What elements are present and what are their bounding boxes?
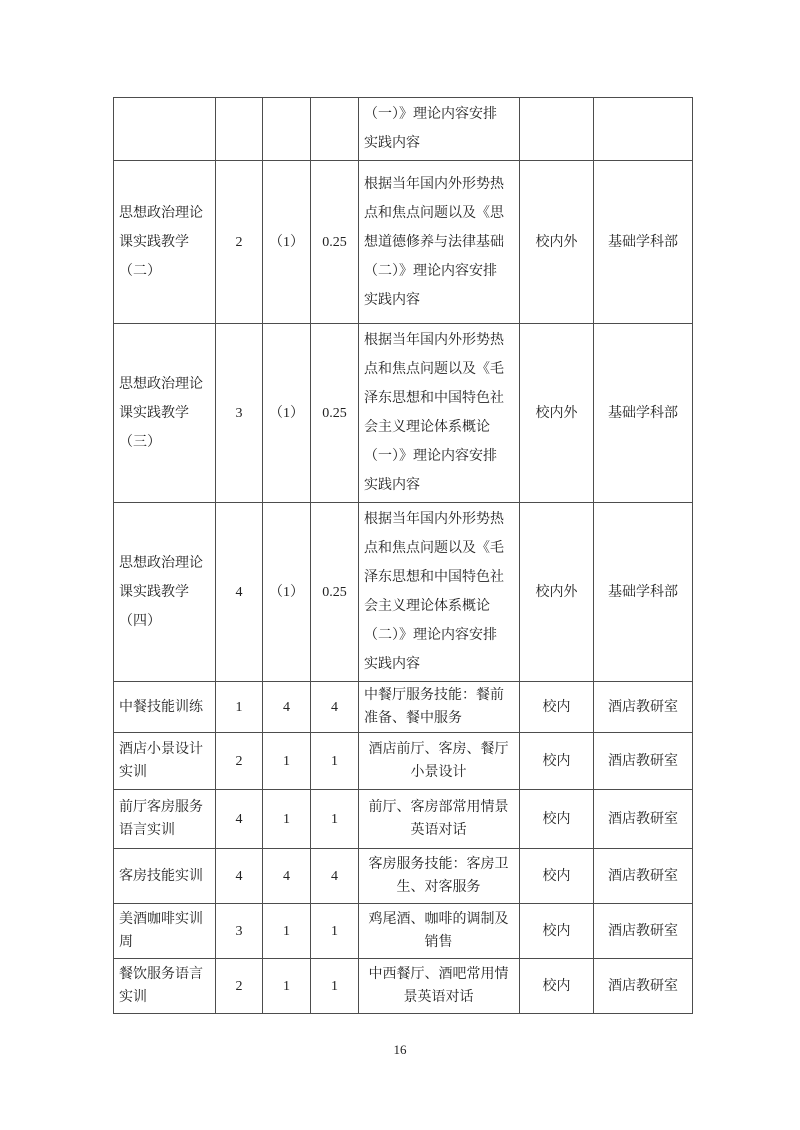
table-cell-col4: 1	[311, 904, 359, 959]
table-row: 思想政治理论 课实践教学 （三）3（1）0.25根据当年国内外形势热 点和焦点问…	[114, 324, 693, 503]
table-cell-col6: 校内	[520, 733, 594, 790]
table-cell-col6: 校内	[520, 959, 594, 1014]
table-cell-col4: 4	[311, 682, 359, 733]
table-cell-col7: 酒店教研室	[594, 849, 693, 904]
table-cell-col4: 1	[311, 959, 359, 1014]
table-cell-col6: 校内	[520, 904, 594, 959]
table-row: 客房技能实训444客房服务技能：客房卫 生、对客服务校内酒店教研室	[114, 849, 693, 904]
table-row: 中餐技能训练144中餐厅服务技能：餐前 准备、餐中服务校内酒店教研室	[114, 682, 693, 733]
table-cell-col5: 根据当年国内外形势热 点和焦点问题以及《思 想道德修养与法律基础 （二）》理论内…	[359, 161, 520, 324]
table-cell-col1: 餐饮服务语言 实训	[114, 959, 216, 1014]
table-cell-col3: 1	[263, 904, 311, 959]
table-row: 前厅客房服务 语言实训411前厅、客房部常用情景 英语对话校内酒店教研室	[114, 790, 693, 849]
table-cell-col3	[263, 98, 311, 161]
table-row: 思想政治理论 课实践教学 （四）4（1）0.25根据当年国内外形势热 点和焦点问…	[114, 503, 693, 682]
table-cell-col4: 1	[311, 790, 359, 849]
table-cell-col6: 校内外	[520, 161, 594, 324]
table-cell-col1: 思想政治理论 课实践教学 （四）	[114, 503, 216, 682]
table-row: （一）》理论内容安排 实践内容	[114, 98, 693, 161]
table-cell-col1	[114, 98, 216, 161]
practice-course-table-body: （一）》理论内容安排 实践内容思想政治理论 课实践教学 （二）2（1）0.25根…	[114, 98, 693, 1014]
table-cell-col3: 1	[263, 790, 311, 849]
table-cell-col2: 3	[216, 904, 263, 959]
table-cell-col7: 酒店教研室	[594, 682, 693, 733]
table-row: 思想政治理论 课实践教学 （二）2（1）0.25根据当年国内外形势热 点和焦点问…	[114, 161, 693, 324]
table-cell-col6: 校内	[520, 682, 594, 733]
table-cell-col1: 前厅客房服务 语言实训	[114, 790, 216, 849]
table-cell-col2: 2	[216, 733, 263, 790]
table-cell-col4: 0.25	[311, 324, 359, 503]
practice-course-table: （一）》理论内容安排 实践内容思想政治理论 课实践教学 （二）2（1）0.25根…	[113, 97, 693, 1014]
table-cell-col5: 中餐厅服务技能：餐前 准备、餐中服务	[359, 682, 520, 733]
table-cell-col7: 基础学科部	[594, 324, 693, 503]
document-page: （一）》理论内容安排 实践内容思想政治理论 课实践教学 （二）2（1）0.25根…	[0, 0, 800, 1130]
table-cell-col5: （一）》理论内容安排 实践内容	[359, 98, 520, 161]
table-cell-col3: （1）	[263, 503, 311, 682]
table-cell-col4: 0.25	[311, 503, 359, 682]
table-cell-col1: 酒店小景设计 实训	[114, 733, 216, 790]
table-cell-col3: （1）	[263, 161, 311, 324]
table-cell-col4: 4	[311, 849, 359, 904]
table-cell-col7: 基础学科部	[594, 161, 693, 324]
table-cell-col7: 酒店教研室	[594, 959, 693, 1014]
table-cell-col1: 客房技能实训	[114, 849, 216, 904]
table-cell-col7: 基础学科部	[594, 503, 693, 682]
table-row: 美酒咖啡实训 周311鸡尾酒、咖啡的调制及 销售校内酒店教研室	[114, 904, 693, 959]
table-cell-col3: 1	[263, 733, 311, 790]
page-number: 16	[0, 1042, 800, 1058]
table-cell-col5: 酒店前厅、客房、餐厅 小景设计	[359, 733, 520, 790]
table-cell-col4	[311, 98, 359, 161]
table-cell-col2: 4	[216, 849, 263, 904]
table-cell-col1: 思想政治理论 课实践教学 （三）	[114, 324, 216, 503]
table-cell-col2: 2	[216, 959, 263, 1014]
table-cell-col7: 酒店教研室	[594, 733, 693, 790]
table-cell-col6: 校内外	[520, 503, 594, 682]
table-cell-col1: 美酒咖啡实训 周	[114, 904, 216, 959]
table-cell-col6: 校内外	[520, 324, 594, 503]
table-cell-col5: 根据当年国内外形势热 点和焦点问题以及《毛 泽东思想和中国特色社 会主义理论体系…	[359, 503, 520, 682]
table-cell-col4: 0.25	[311, 161, 359, 324]
table-cell-col2: 2	[216, 161, 263, 324]
table-cell-col6	[520, 98, 594, 161]
table-cell-col2: 1	[216, 682, 263, 733]
table-cell-col3: （1）	[263, 324, 311, 503]
table-row: 酒店小景设计 实训211酒店前厅、客房、餐厅 小景设计校内酒店教研室	[114, 733, 693, 790]
table-cell-col5: 根据当年国内外形势热 点和焦点问题以及《毛 泽东思想和中国特色社 会主义理论体系…	[359, 324, 520, 503]
table-cell-col4: 1	[311, 733, 359, 790]
table-cell-col6: 校内	[520, 790, 594, 849]
table-cell-col5: 鸡尾酒、咖啡的调制及 销售	[359, 904, 520, 959]
table-cell-col7: 酒店教研室	[594, 904, 693, 959]
table-cell-col5: 客房服务技能：客房卫 生、对客服务	[359, 849, 520, 904]
table-cell-col3: 4	[263, 682, 311, 733]
table-cell-col3: 4	[263, 849, 311, 904]
table-cell-col1: 中餐技能训练	[114, 682, 216, 733]
table-cell-col2: 4	[216, 790, 263, 849]
table-cell-col7	[594, 98, 693, 161]
table-cell-col5: 中西餐厅、酒吧常用情 景英语对话	[359, 959, 520, 1014]
table-cell-col6: 校内	[520, 849, 594, 904]
table-cell-col3: 1	[263, 959, 311, 1014]
table-cell-col7: 酒店教研室	[594, 790, 693, 849]
table-cell-col5: 前厅、客房部常用情景 英语对话	[359, 790, 520, 849]
table-cell-col2	[216, 98, 263, 161]
table-cell-col2: 4	[216, 503, 263, 682]
table-cell-col2: 3	[216, 324, 263, 503]
table-cell-col1: 思想政治理论 课实践教学 （二）	[114, 161, 216, 324]
table-row: 餐饮服务语言 实训211中西餐厅、酒吧常用情 景英语对话校内酒店教研室	[114, 959, 693, 1014]
